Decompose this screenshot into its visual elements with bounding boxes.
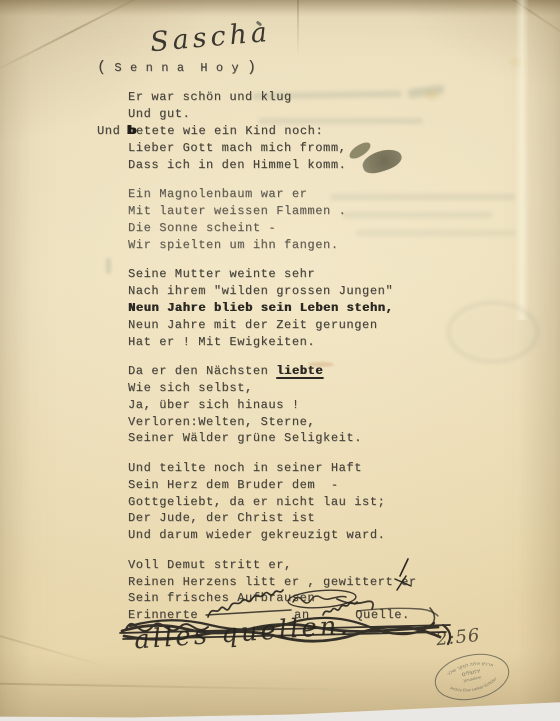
typed-text: Verloren:Welten, Sterne,: [128, 415, 315, 429]
typed-text: Neun Jahre blieb sein Leben stehn,: [128, 301, 393, 315]
typed-text: Und teilte noch in seiner Haft: [128, 461, 362, 475]
typed-text: etete wie ein Kind noch:: [136, 124, 323, 138]
poem-line: Wie sich selbst,: [128, 380, 417, 397]
typed-text: Und gut.: [128, 107, 190, 121]
typed-text: Reinen Herzens litt er , gewittert er: [128, 575, 417, 589]
typed-text: Erinnerte: [128, 608, 198, 622]
scanned-manuscript-page: Sascha ( S e n n a H o y )Er war schön u…: [0, 0, 560, 721]
typed-text: Wir spielten um ihn fangen.: [128, 238, 339, 252]
typed-text: Voll Demut stritt er,: [128, 558, 292, 572]
typed-text: Lieber Gott mach mich fromm,: [128, 141, 346, 155]
poem-line: Nach ihrem "wilden grossen Jungen": [128, 283, 417, 300]
poem-line: Dass ich in den Himmel komm.: [128, 157, 417, 174]
typed-text: Wie sich selbst,: [128, 381, 253, 395]
poem-line: Neun Jahre mit der Zeit gerungen: [128, 317, 417, 334]
poem-line: ( S e n n a H o y ): [97, 60, 417, 77]
typed-text: Hat er ! Mit Ewigkeiten.: [128, 335, 315, 349]
poem-line: Voll Demut stritt er,: [128, 557, 417, 574]
stanza: Ein Magnolenbaum war erMit lauter weisse…: [128, 186, 417, 254]
typed-text: ): [247, 59, 257, 76]
poem-line: Neun Jahre blieb sein Leben stehn,: [128, 300, 417, 317]
typed-text: b: [127, 123, 137, 140]
poem-line: Er war schön und klug: [128, 89, 417, 106]
poem-line: Wir spielten um ihn fangen.: [128, 237, 417, 254]
poem-line: Lieber Gott mach mich fromm,: [128, 140, 417, 157]
poem-line: Und betete wie ein Kind noch:: [97, 123, 417, 140]
poem-line: Die Sonne scheint -: [128, 220, 417, 237]
typed-text: Gottgeliebt, da er nicht lau ist;: [128, 495, 385, 509]
typed-text: Seiner Wälder grüne Seligkeit.: [128, 431, 362, 445]
poem-line: Sein Herz dem Bruder dem -: [128, 477, 417, 494]
poem-line: Seine Mutter weinte sehr: [128, 266, 417, 283]
typed-text: Er war schön und klug: [128, 90, 292, 104]
typed-text: Ja, über sich hinaus !: [128, 398, 300, 412]
typed-text: Und darum wieder gekreuzigt ward.: [128, 528, 385, 542]
poem-line: Und teilte noch in seiner Haft: [128, 460, 417, 477]
typed-text: liebte: [276, 364, 323, 378]
poem-line: Reinen Herzens litt er , gewittert er: [128, 574, 417, 591]
poem: ( S e n n a H o y )Er war schön und klug…: [128, 60, 417, 653]
poem-line: Da er den Nächsten liebte: [128, 363, 417, 380]
poem-line: Sein frisches Aufbrausen: [128, 590, 417, 607]
typed-text: Seine Mutter weinte sehr: [128, 267, 315, 281]
poem-line: Und darum wieder gekreuzigt ward.: [128, 527, 417, 544]
stanza: ( S e n n a H o y ): [128, 60, 417, 77]
poem-line: Mit lauter weissen Flammen .: [128, 203, 417, 220]
stanza: Seine Mutter weinte sehrNach ihrem "wild…: [128, 266, 417, 350]
typed-text: Da er den Nächsten: [128, 364, 276, 378]
poem-line: Gottgeliebt, da er nicht lau ist;: [128, 494, 417, 511]
poem-line: Ein Magnolenbaum war er: [128, 186, 417, 203]
typed-text: Und: [97, 124, 128, 138]
poem-line: Ja, über sich hinaus !: [128, 397, 417, 414]
typed-text: Neun Jahre mit der Zeit gerungen: [128, 318, 378, 332]
stanza: Da er den Nächsten liebteWie sich selbst…: [128, 363, 417, 447]
poem-line: Hat er ! Mit Ewigkeiten.: [128, 334, 417, 351]
typed-text: Dass ich in den Himmel komm.: [128, 158, 346, 172]
stanza: Er war schön und klugUnd gut.Und betete …: [128, 89, 417, 173]
poem-line: Der Jude, der Christ ist: [128, 510, 417, 527]
typed-text: Sein frisches Aufbrausen: [128, 591, 315, 605]
typed-text: Quelle.: [347, 608, 409, 622]
typed-text: Ein Magnolenbaum war er: [128, 187, 307, 201]
stanza: Und teilte noch in seiner HaftSein Herz …: [128, 460, 417, 544]
typed-text: Der Jude, der Christ ist: [128, 511, 315, 525]
poem-line: Seiner Wälder grüne Seligkeit.: [128, 430, 417, 447]
typed-text: Nach ihrem "wilden grossen Jungen": [128, 284, 393, 298]
typed-text: (: [97, 59, 107, 76]
poem-line: Und gut.: [128, 106, 417, 123]
typed-text: Mit lauter weissen Flammen .: [128, 204, 346, 218]
typed-text: Sein Herz dem Bruder dem -: [128, 478, 339, 492]
typed-text: Die Sonne scheint -: [128, 221, 276, 235]
poem-line: Verloren:Welten, Sterne,: [128, 414, 417, 431]
typed-text: S e n n a H o y: [107, 61, 247, 75]
